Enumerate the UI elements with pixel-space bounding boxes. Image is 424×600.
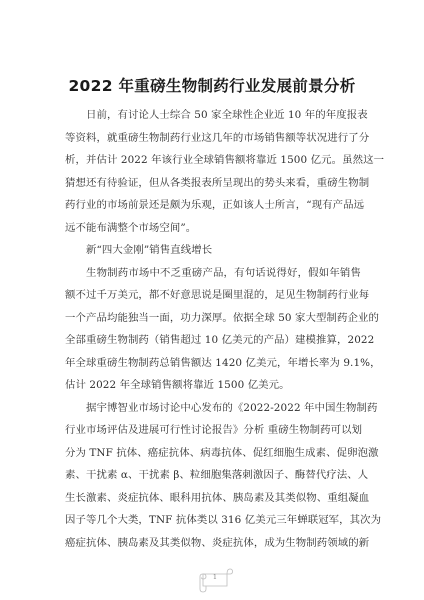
text-line: 因子等几个大类，TNF 抗体类以 316 亿美元三年蝉联冠军，其次为 [65,509,361,532]
text-line: 一个产品均能独当一面，功力深厚。依据全球 50 家大型制药企业的 [65,307,361,330]
text-line: 猜想还有待验证，但从各类报表所呈现出的势头来看，重磅生物制 [65,172,361,195]
text-line: 分为 TNF 抗体、癌症抗体、病毒抗体、促红细胞生成素、促卵泡激 [65,442,361,465]
document-body: 日前，有讨论人士综合 50 家全球性企业近 10 年的年度报表 等资料，就重磅生… [65,104,361,554]
text-line: 远不能布满整个市场空间”。 [65,217,361,240]
text-line: 等资料，就重磅生物制药行业这几年的市场销售额等状况进行了分 [65,127,361,150]
text-line: 癌症抗体、胰岛素及其类似物、炎症抗体，成为生物制药领域的新 [65,532,361,555]
text-line: 全部重磅生物制药（销售超过 10 亿美元的产品）建模推算，2022 [65,329,361,352]
text-line: 素、干扰素 α、干扰素 β、粒细胞集落刺激因子、酶替代疗法、人 [65,464,361,487]
text-line: 行业市场评估及进展可行性讨论报告》分析 重磅生物制药可以划 [65,419,361,442]
page-number: 1 [197,573,233,581]
text-line: 额不过千万美元，都不好意思说是圈里混的，足见生物制药行业每 [65,284,361,307]
text-line: 药行业的市场前景还是颇为乐观，正如该人士所言，“现有产品远 [65,194,361,217]
text-line: 生长激素、炎症抗体、眼科用抗体、胰岛素及其类似物、重组凝血 [65,487,361,510]
text-line: 估计 2022 年全球销售额将靠近 1500 亿美元。 [65,374,361,397]
text-line: 据宇博智业市场讨论中心发布的《2022-2022 年中国生物制药 [65,397,361,420]
document-page: 2022 年重磅生物制药行业发展前景分析 日前，有讨论人士综合 50 家全球性企… [0,0,424,600]
section-heading: 新“四大金刚”销售直线增长 [65,239,361,262]
text-line: 生物制药市场中不乏重磅产品，有句话说得好，假如年销售 [65,262,361,285]
page-footer: 1 [197,568,231,590]
text-line: 日前，有讨论人士综合 50 家全球性企业近 10 年的年度报表 [65,104,361,127]
document-title: 2022 年重磅生物制药行业发展前景分析 [0,74,424,96]
text-line: 析，并估计 2022 年该行业全球销售额将靠近 1500 亿元。虽然这一 [65,149,361,172]
text-line: 年全球重磅生物制药总销售额达 1420 亿美元，年增长率为 9.1%， [65,352,361,375]
